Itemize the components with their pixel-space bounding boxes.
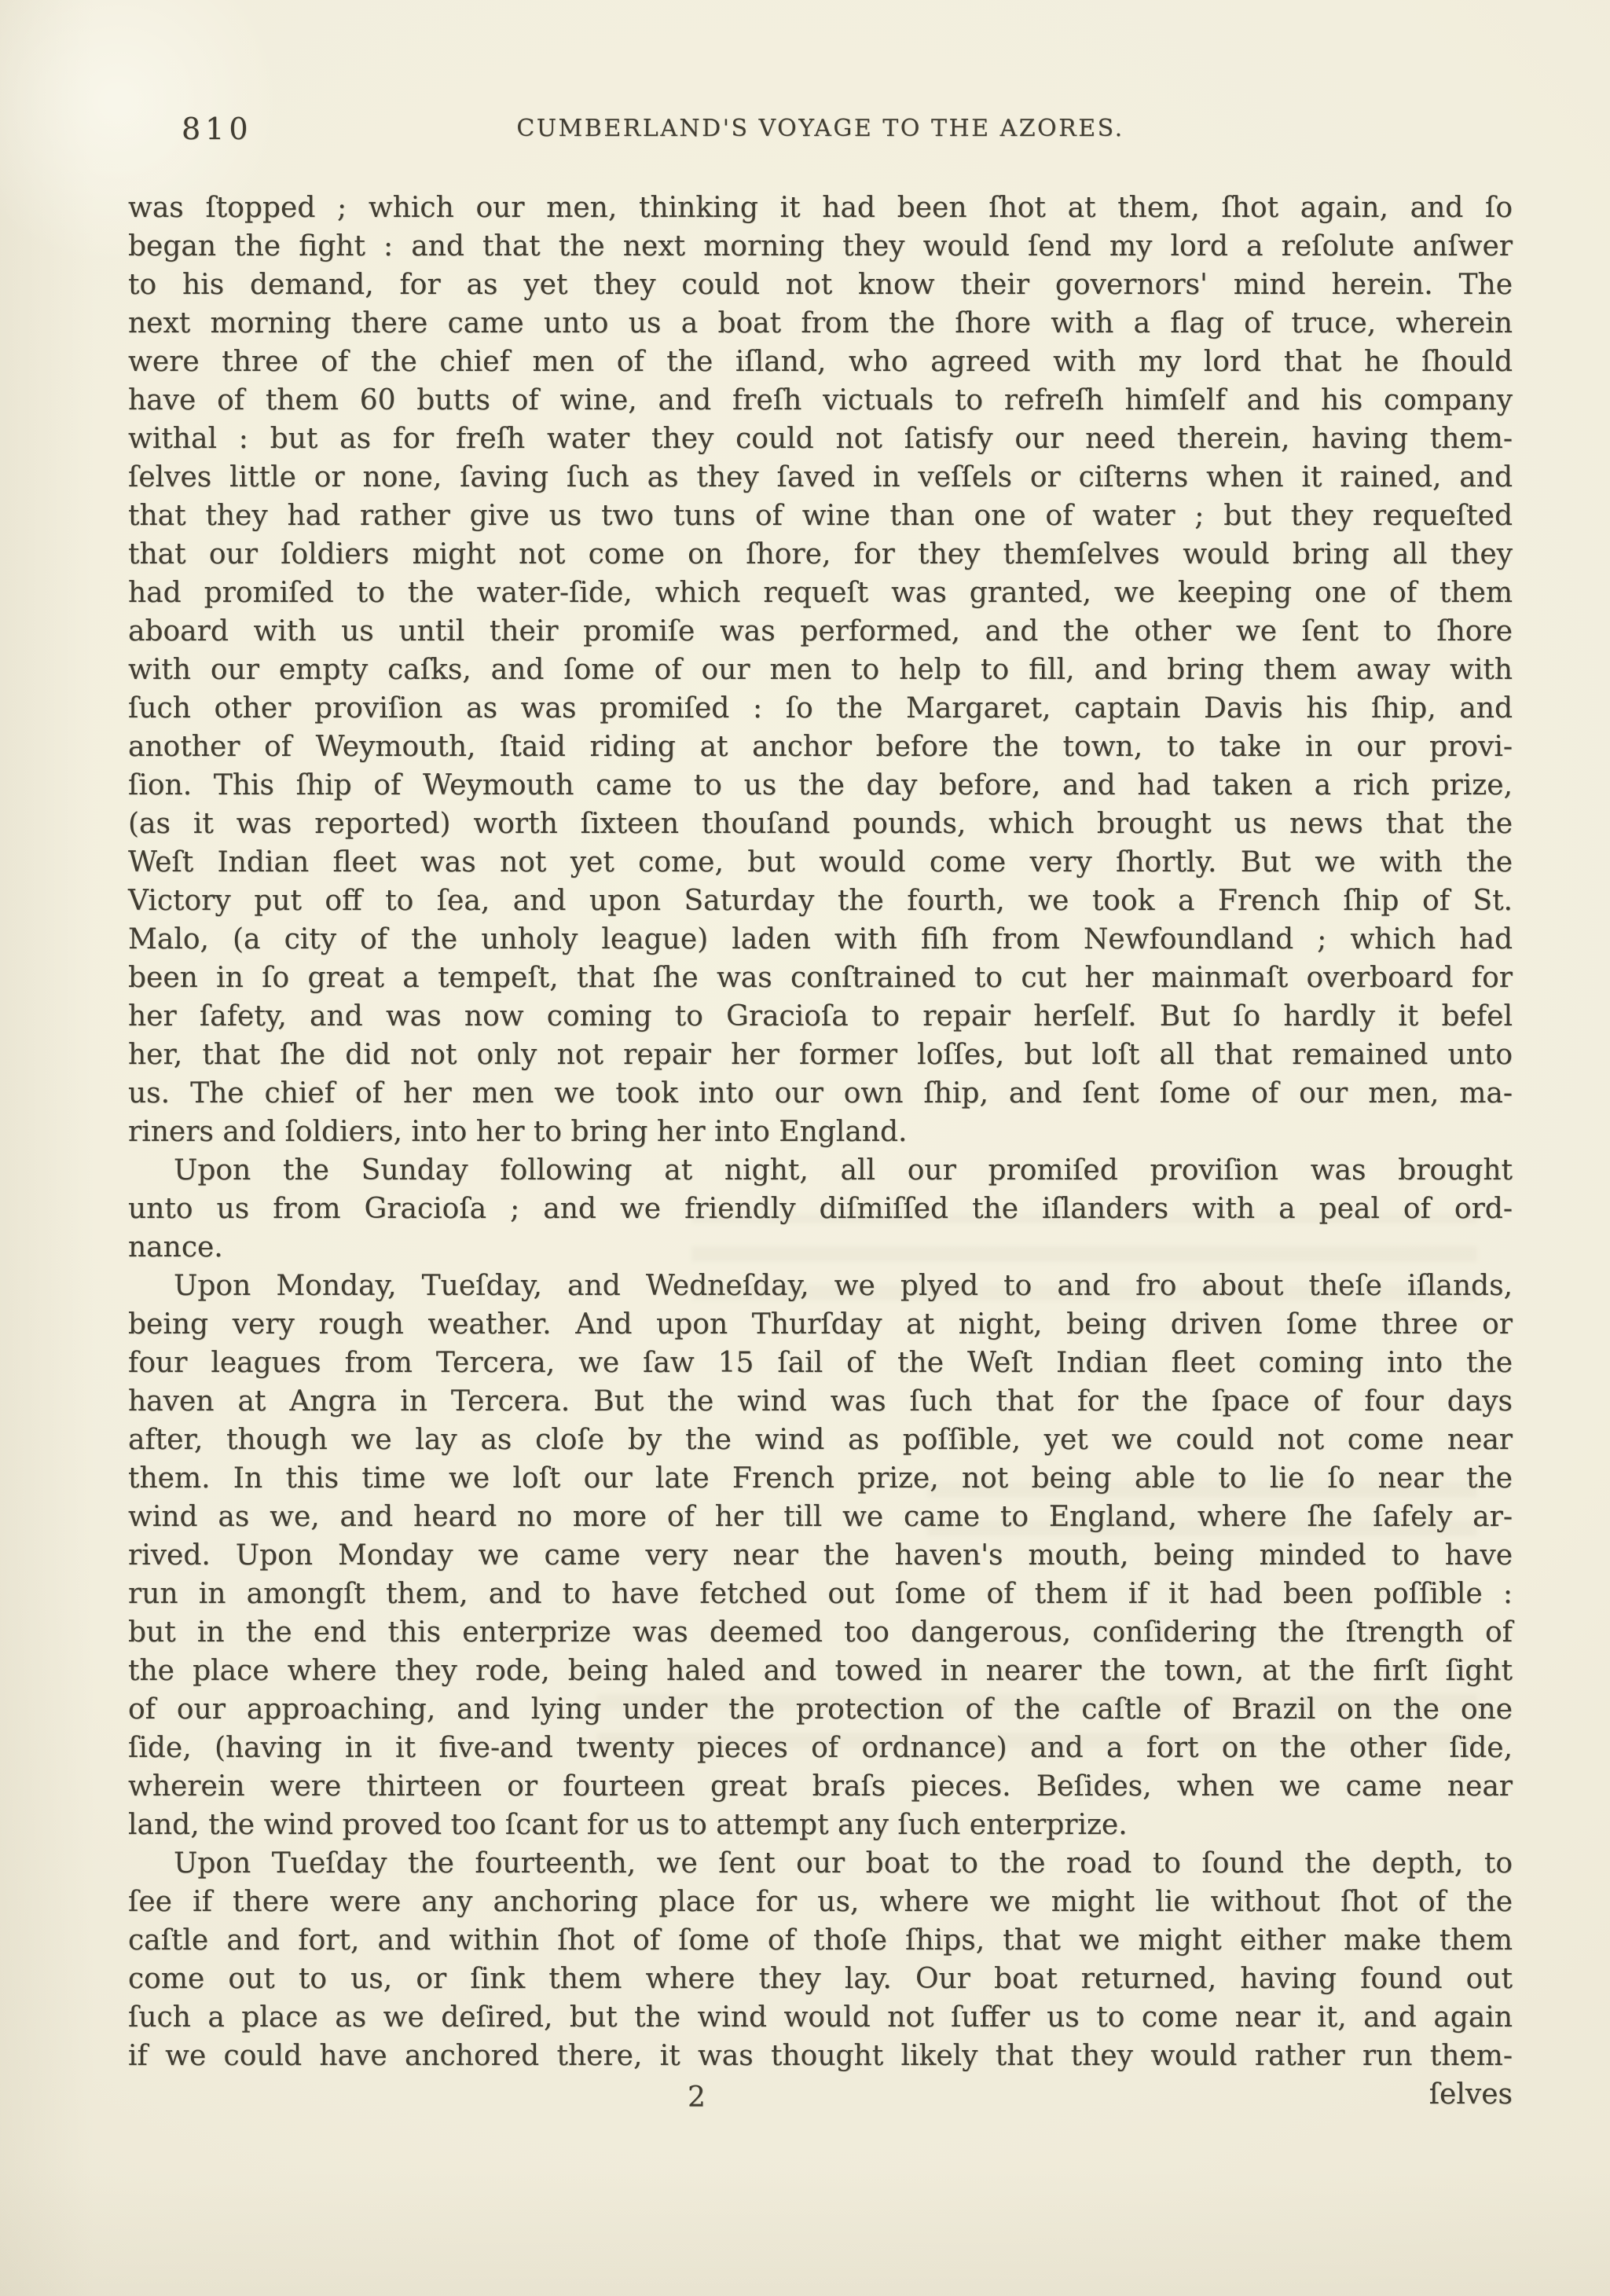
- text-line: Upon Monday, Tueſday, and Wedneſday, we …: [128, 1267, 1513, 1305]
- text-line: being very rough weather. And upon Thurſ…: [128, 1305, 1513, 1344]
- text-line: that our ſoldiers might not come on ſhor…: [128, 535, 1513, 574]
- signature-mark: 2: [688, 2078, 706, 2117]
- text-line: Weſt Indian fleet was not yet come, but …: [128, 843, 1513, 882]
- scan-edge-shading: [0, 0, 94, 2296]
- text-line: the place where they rode, being haled a…: [128, 1652, 1513, 1690]
- text-line: to his demand, for as yet they could not…: [128, 266, 1513, 304]
- page-header: 810 CUMBERLAND'S VOYAGE TO THE AZORES.: [128, 108, 1513, 156]
- text-line: aboard with us until their promiſe was p…: [128, 612, 1513, 651]
- text-line: that they had rather give us two tuns of…: [128, 497, 1513, 535]
- text-line: after, though we lay as cloſe by the win…: [128, 1421, 1513, 1459]
- text-line: ſion. This ſhip of Weymouth came to us t…: [128, 766, 1513, 805]
- text-line: them. In this time we loſt our late Fren…: [128, 1459, 1513, 1498]
- text-line: Victory put off to ſea, and upon Saturda…: [128, 882, 1513, 920]
- page-footer: 2 ſelves: [128, 2075, 1513, 2116]
- text-line: ſide, (having in it five-and twenty piec…: [128, 1729, 1513, 1767]
- text-line: but in the end this enterprize was deeme…: [128, 1613, 1513, 1652]
- text-line: wherein were thirteen or fourteen great …: [128, 1767, 1513, 1806]
- text-line: four leagues from Tercera, we ſaw 15 ſai…: [128, 1344, 1513, 1382]
- text-line: ſuch a place as we deſired, but the wind…: [128, 1998, 1513, 2037]
- text-line: her, that ſhe did not only not repair he…: [128, 1036, 1513, 1074]
- text-line: was ſtopped ; which our men, thinking it…: [128, 189, 1513, 227]
- text-line: run in amongſt them, and to have fetched…: [128, 1575, 1513, 1613]
- text-line: another of Weymouth, ſtaid riding at anc…: [128, 728, 1513, 766]
- catchword: ſelves: [1429, 2075, 1513, 2114]
- text-line: caſtle and fort, and within ſhot of ſome…: [128, 1921, 1513, 1960]
- text-line: been in ſo great a tempeſt, that ſhe was…: [128, 959, 1513, 997]
- text-line: rived. Upon Monday we came very near the…: [128, 1536, 1513, 1575]
- body-text: was ſtopped ; which our men, thinking it…: [128, 189, 1513, 2075]
- text-line: come out to us, or ſink them where they …: [128, 1960, 1513, 1998]
- text-line: ſuch other proviſion as was promiſed : ſ…: [128, 689, 1513, 728]
- text-line: ſelves little or none, ſaving ſuch as th…: [128, 458, 1513, 497]
- text-line: Malo, (a city of the unholy league) lade…: [128, 920, 1513, 959]
- text-line: Upon the Sunday following at night, all …: [128, 1151, 1513, 1190]
- text-line: us. The chief of her men we took into ou…: [128, 1074, 1513, 1113]
- text-line: wind as we, and heard no more of her til…: [128, 1498, 1513, 1536]
- book-page: 810 CUMBERLAND'S VOYAGE TO THE AZORES. w…: [0, 0, 1610, 2296]
- text-line: next morning there came unto us a boat f…: [128, 304, 1513, 343]
- text-line: haven at Angra in Tercera. But the wind …: [128, 1382, 1513, 1421]
- text-line: with our empty caſks, and ſome of our me…: [128, 651, 1513, 689]
- text-line: had promiſed to the water-ſide, which re…: [128, 574, 1513, 612]
- scan-edge-shading-bottom: [0, 2170, 1610, 2296]
- text-line: unto us from Gracioſa ; and we friendly …: [128, 1190, 1513, 1228]
- text-line: her ſafety, and was now coming to Gracio…: [128, 997, 1513, 1036]
- text-line: were three of the chief men of the iſlan…: [128, 343, 1513, 381]
- text-line: land, the wind proved too ſcant for us t…: [128, 1806, 1513, 1844]
- text-line: (as it was reported) worth ſixteen thouſ…: [128, 805, 1513, 843]
- text-line: riners and ſoldiers, into her to bring h…: [128, 1113, 1513, 1151]
- text-line: ſee if there were any anchoring place fo…: [128, 1883, 1513, 1921]
- text-line: if we could have anchored there, it was …: [128, 2037, 1513, 2075]
- text-line: began the fight : and that the next morn…: [128, 227, 1513, 266]
- text-line: of our approaching, and lying under the …: [128, 1690, 1513, 1729]
- text-line: nance.: [128, 1228, 1513, 1267]
- text-line: have of them 60 butts of wine, and freſh…: [128, 381, 1513, 420]
- text-line: withal : but as for freſh water they cou…: [128, 420, 1513, 458]
- text-line: Upon Tueſday the fourteenth, we ſent our…: [128, 1844, 1513, 1883]
- running-title: CUMBERLAND'S VOYAGE TO THE AZORES.: [128, 115, 1513, 142]
